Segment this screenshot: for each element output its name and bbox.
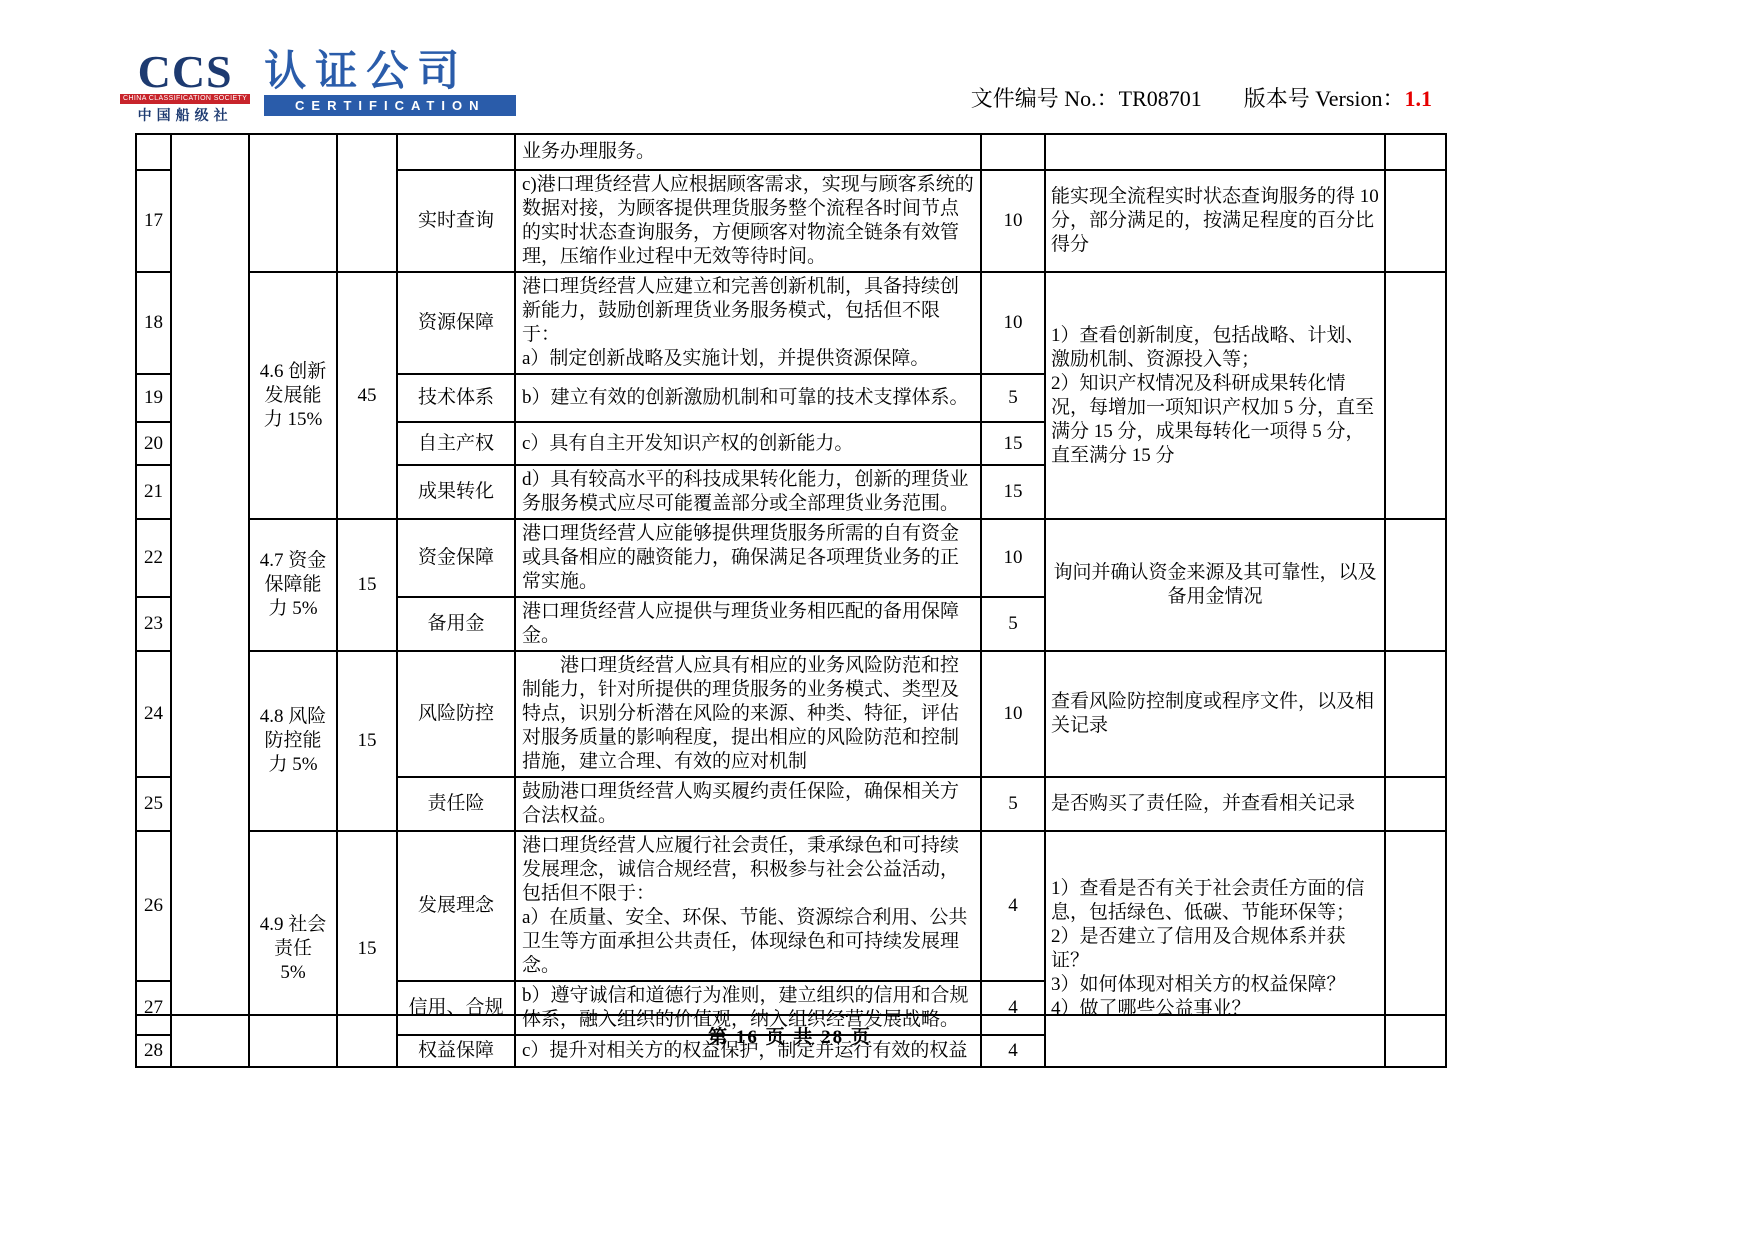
row-partial-eval <box>1045 134 1385 170</box>
row-17-number: 17 <box>136 170 171 272</box>
document-number-line: 文件编号 No.：TR08701版本号 Version：1.1 <box>950 82 1432 113</box>
row-22: 22 4.7 资金保障能力 5% 15 资金保障 港口理货经营人应能够提供理货服… <box>136 519 1446 597</box>
row-23-subitem: 备用金 <box>397 597 515 651</box>
row-19-number: 19 <box>136 374 171 422</box>
row-22-subitem: 资金保障 <box>397 519 515 597</box>
eval-4-7: 询问并确认资金来源及其可靠性，以及备用金情况 <box>1045 519 1385 651</box>
weight-cell-carryover <box>337 134 397 272</box>
continuation-empty-column <box>171 134 249 1067</box>
row-25-number: 25 <box>136 777 171 831</box>
row-25-content: 鼓励港口理货经营人购买履约责任保险，确保相关方合法权益。 <box>515 777 981 831</box>
row-partial-score <box>981 134 1045 170</box>
row-25-extra <box>1385 777 1446 831</box>
row-partial-subitem <box>397 134 515 170</box>
ccs-logo-text: CCS <box>138 52 233 92</box>
row-20-number: 20 <box>136 422 171 465</box>
row-19-score: 5 <box>981 374 1045 422</box>
ccs-logo: CCS CHINA CLASSIFICATION SOCIETY 中国船级社 认… <box>120 52 516 125</box>
row-18: 18 4.6 创新发展能力 15% 45 资源保障 港口理货经营人应建立和完善创… <box>136 272 1446 374</box>
page-number: 第 16 页 共 28 页 <box>135 1022 1445 1049</box>
row-23-score: 5 <box>981 597 1045 651</box>
weight-4-7: 15 <box>337 519 397 651</box>
row-20-content: c）具有自主开发知识产权的创新能力。 <box>515 422 981 465</box>
row-18-number: 18 <box>136 272 171 374</box>
row-24-eval: 查看风险防控制度或程序文件，以及相关记录 <box>1045 651 1385 777</box>
row-17-extra <box>1385 170 1446 272</box>
row-18-score: 10 <box>981 272 1045 374</box>
row-24: 24 4.8 风险防控能力 5% 15 风险防控 港口理货经营人应具有相应的业务… <box>136 651 1446 777</box>
row-17-subitem: 实时查询 <box>397 170 515 272</box>
row-20-subitem: 自主产权 <box>397 422 515 465</box>
row-partial-number <box>136 134 171 170</box>
category-4-6: 4.6 创新发展能力 15% <box>249 272 337 519</box>
logo-company-name: 认证公司 <box>264 52 516 92</box>
row-20-score: 15 <box>981 422 1045 465</box>
row-26-content: 港口理货经营人应履行社会责任，秉承绿色和可持续发展理念，诚信合规经营，积极参与社… <box>515 831 981 981</box>
row-18-content: 港口理货经营人应建立和完善创新机制，具备持续创新能力，鼓励创新理货业务服务模式，… <box>515 272 981 374</box>
row-25-score: 5 <box>981 777 1045 831</box>
row-22-number: 22 <box>136 519 171 597</box>
row-19-content: b）建立有效的创新激励机制和可靠的技术支撑体系。 <box>515 374 981 422</box>
doc-no-label: 文件编号 No.： <box>971 86 1119 111</box>
row-22-content: 港口理货经营人应能够提供理货服务所需的自有资金或具备相应的融资能力，确保满足各项… <box>515 519 981 597</box>
row-24-number: 24 <box>136 651 171 777</box>
category-4-8: 4.8 风险防控能力 5% <box>249 651 337 831</box>
weight-4-8: 15 <box>337 651 397 831</box>
category-cell-carryover <box>249 134 337 272</box>
ccs-logo-right: 认证公司 CERTIFICATION <box>264 52 516 116</box>
row-26-subitem: 发展理念 <box>397 831 515 981</box>
row-25-eval: 是否购买了责任险，并查看相关记录 <box>1045 777 1385 831</box>
eval-4-6: 1）查看创新制度，包括战略、计划、激励机制、资源投入等； 2）知识产权情况及科研… <box>1045 272 1385 519</box>
evaluation-table: 业务办理服务。 17 实时查询 c)港口理货经营人应根据顾客需求，实现与顾客系统… <box>135 133 1447 1068</box>
row-24-subitem: 风险防控 <box>397 651 515 777</box>
row-17-score: 10 <box>981 170 1045 272</box>
weight-4-6: 45 <box>337 272 397 519</box>
row-17-eval: 能实现全流程实时状态查询服务的得 10 分，部分满足的，按满足程度的百分比得分 <box>1045 170 1385 272</box>
ccs-logo-strip: CHINA CLASSIFICATION SOCIETY <box>120 94 250 104</box>
document-page: CCS CHINA CLASSIFICATION SOCIETY 中国船级社 认… <box>0 0 1743 1233</box>
row-17-content: c)港口理货经营人应根据顾客需求，实现与顾客系统的数据对接，为顾客提供理货服务整… <box>515 170 981 272</box>
row-21-subitem: 成果转化 <box>397 465 515 519</box>
row-partial-content: 业务办理服务。 <box>515 134 981 170</box>
extra-4-7 <box>1385 519 1446 651</box>
row-26-score: 4 <box>981 831 1045 981</box>
row-22-score: 10 <box>981 519 1045 597</box>
row-partial: 业务办理服务。 <box>136 134 1446 170</box>
row-partial-extra <box>1385 134 1446 170</box>
row-25-subitem: 责任险 <box>397 777 515 831</box>
row-23-content: 港口理货经营人应提供与理货业务相匹配的备用保障金。 <box>515 597 981 651</box>
row-21-content: d）具有较高水平的科技成果转化能力，创新的理货业务服务模式应尽可能覆盖部分或全部… <box>515 465 981 519</box>
row-24-content: 港口理货经营人应具有相应的业务风险防范和控制能力，针对所提供的理货服务的业务模式… <box>515 651 981 777</box>
ccs-logo-left: CCS CHINA CLASSIFICATION SOCIETY 中国船级社 <box>120 52 250 125</box>
footer-divider <box>135 1014 1445 1016</box>
version-label: 版本号 Version： <box>1244 86 1405 111</box>
row-21-score: 15 <box>981 465 1045 519</box>
row-19-subitem: 技术体系 <box>397 374 515 422</box>
row-26: 26 4.9 社会责任 5% 15 发展理念 港口理货经营人应履行社会责任，秉承… <box>136 831 1446 981</box>
logo-certification-bar: CERTIFICATION <box>264 95 516 116</box>
ccs-logo-chinese: 中国船级社 <box>138 105 233 125</box>
doc-no-value: TR08701 <box>1119 86 1202 111</box>
category-4-7: 4.7 资金保障能力 5% <box>249 519 337 651</box>
row-24-extra <box>1385 651 1446 777</box>
version-value: 1.1 <box>1405 86 1433 111</box>
row-21-number: 21 <box>136 465 171 519</box>
row-26-number: 26 <box>136 831 171 981</box>
row-18-subitem: 资源保障 <box>397 272 515 374</box>
row-23-number: 23 <box>136 597 171 651</box>
row-24-score: 10 <box>981 651 1045 777</box>
extra-4-6 <box>1385 272 1446 519</box>
